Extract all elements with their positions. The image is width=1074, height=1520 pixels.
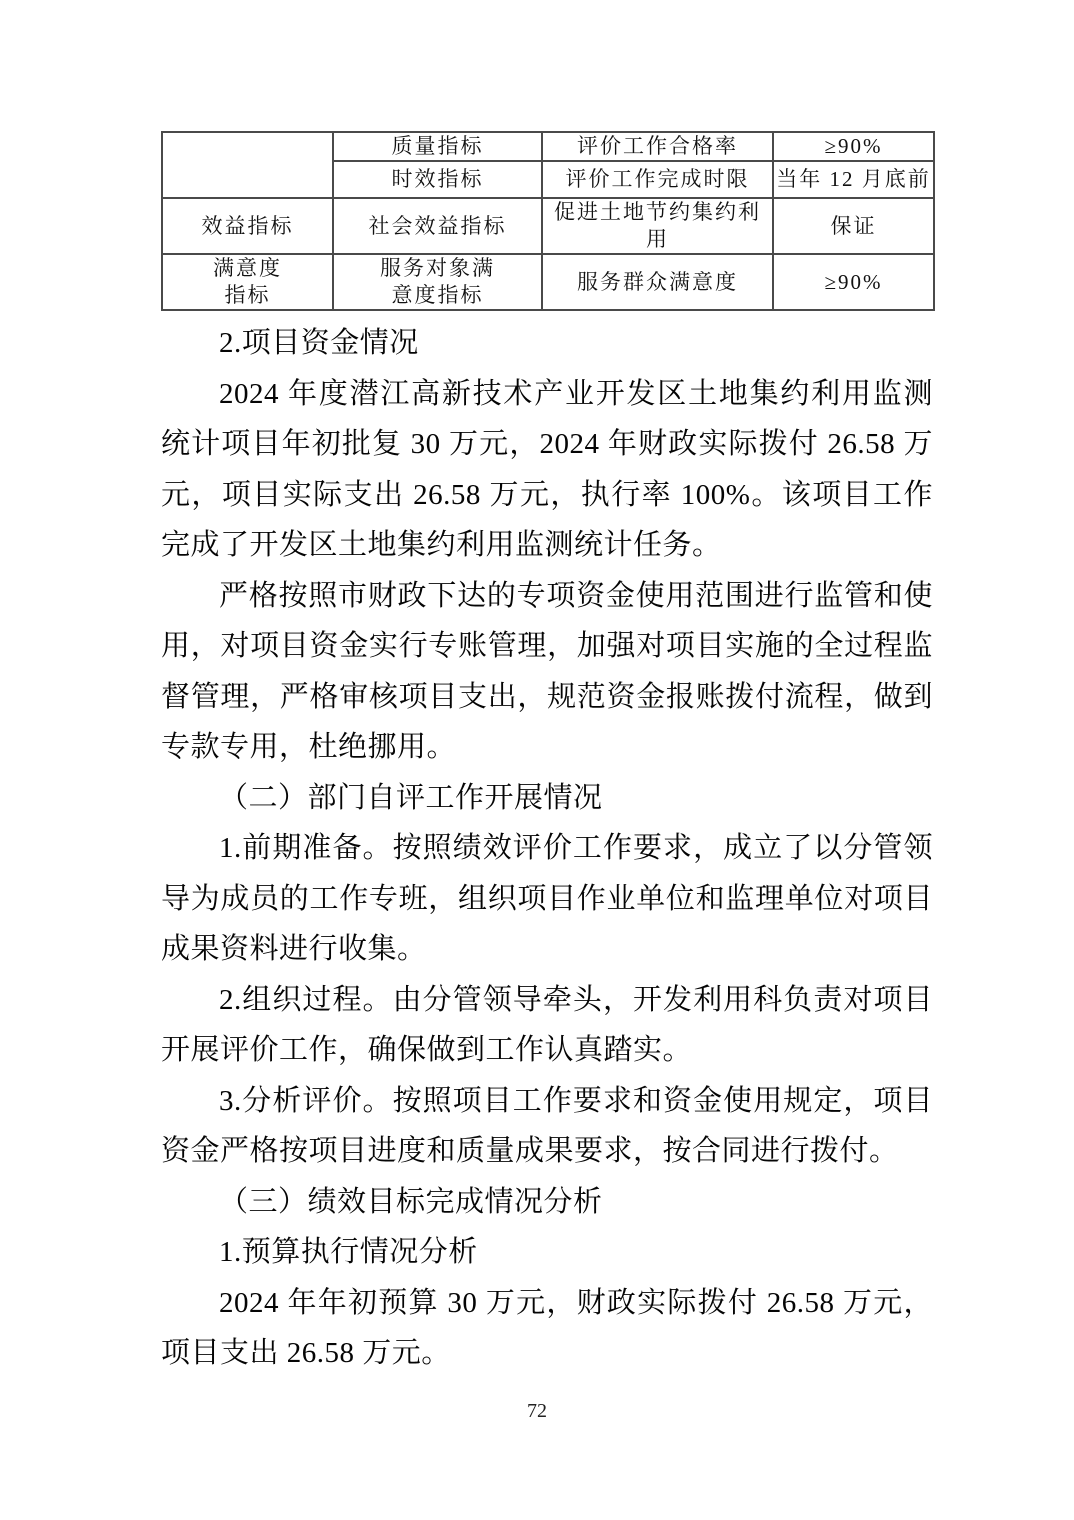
- table-cell-indicator-target: 保证: [773, 198, 934, 254]
- section-heading-project-funds: 2.项目资金情况: [161, 318, 933, 369]
- table-cell-category: 满意度 指标: [162, 254, 333, 310]
- document-page: 质量指标 评价工作合格率 ≥90% 时效指标 评价工作完成时限 当年 12 月底…: [0, 0, 1074, 1520]
- paragraph-budget-figures: 2024 年年初预算 30 万元，财政实际拨付 26.58 万元，项目支出 26…: [161, 1278, 933, 1379]
- table-cell-indicator-name: 服务对象满 意度指标: [333, 254, 542, 310]
- table-cell-indicator-detail: 促进土地节约集约利用: [542, 198, 773, 254]
- paragraph-funds-supervision: 严格按照市财政下达的专项资金使用范围进行监管和使用，对项目资金实行专账管理，加强…: [161, 571, 933, 773]
- table-cell-indicator-name: 质量指标: [333, 132, 542, 161]
- paragraph-preparation: 1.前期准备。按照绩效评价工作要求，成立了以分管领导为成员的工作专班，组织项目作…: [161, 823, 933, 975]
- table-cell-indicator-detail: 评价工作合格率: [542, 132, 773, 161]
- paragraph-funds-overview: 2024 年度潜江高新技术产业开发区土地集约利用监测统计项目年初批复 30 万元…: [161, 369, 933, 571]
- subsection-heading-budget-execution: 1.预算执行情况分析: [161, 1227, 933, 1278]
- body-text: 2.项目资金情况 2024 年度潜江高新技术产业开发区土地集约利用监测统计项目年…: [161, 318, 933, 1379]
- table-row: 满意度 指标 服务对象满 意度指标 服务群众满意度 ≥90%: [162, 254, 934, 310]
- page-content: 质量指标 评价工作合格率 ≥90% 时效指标 评价工作完成时限 当年 12 月底…: [161, 131, 933, 1379]
- paragraph-organization: 2.组织过程。由分管领导牵头，开发利用科负责对项目开展评价工作，确保做到工作认真…: [161, 975, 933, 1076]
- performance-indicator-table: 质量指标 评价工作合格率 ≥90% 时效指标 评价工作完成时限 当年 12 月底…: [161, 131, 935, 311]
- table-cell-indicator-target: ≥90%: [773, 254, 934, 310]
- table-cell-indicator-target: 当年 12 月底前: [773, 161, 934, 198]
- table-row: 效益指标 社会效益指标 促进土地节约集约利用 保证: [162, 198, 934, 254]
- table-cell-indicator-target: ≥90%: [773, 132, 934, 161]
- page-number: 72: [0, 1400, 1074, 1423]
- section-heading-self-evaluation: （二）部门自评工作开展情况: [161, 773, 933, 824]
- table-cell-indicator-name: 时效指标: [333, 161, 542, 198]
- section-heading-target-completion: （三）绩效目标完成情况分析: [161, 1177, 933, 1228]
- table-cell-indicator-name: 社会效益指标: [333, 198, 542, 254]
- table-cell-indicator-detail: 服务群众满意度: [542, 254, 773, 310]
- paragraph-analysis-evaluation: 3.分析评价。按照项目工作要求和资金使用规定，项目资金严格按项目进度和质量成果要…: [161, 1076, 933, 1177]
- table-cell-category: 效益指标: [162, 198, 333, 254]
- table-cell-category-empty: [162, 132, 333, 198]
- table-row: 质量指标 评价工作合格率 ≥90%: [162, 132, 934, 161]
- table-cell-indicator-detail: 评价工作完成时限: [542, 161, 773, 198]
